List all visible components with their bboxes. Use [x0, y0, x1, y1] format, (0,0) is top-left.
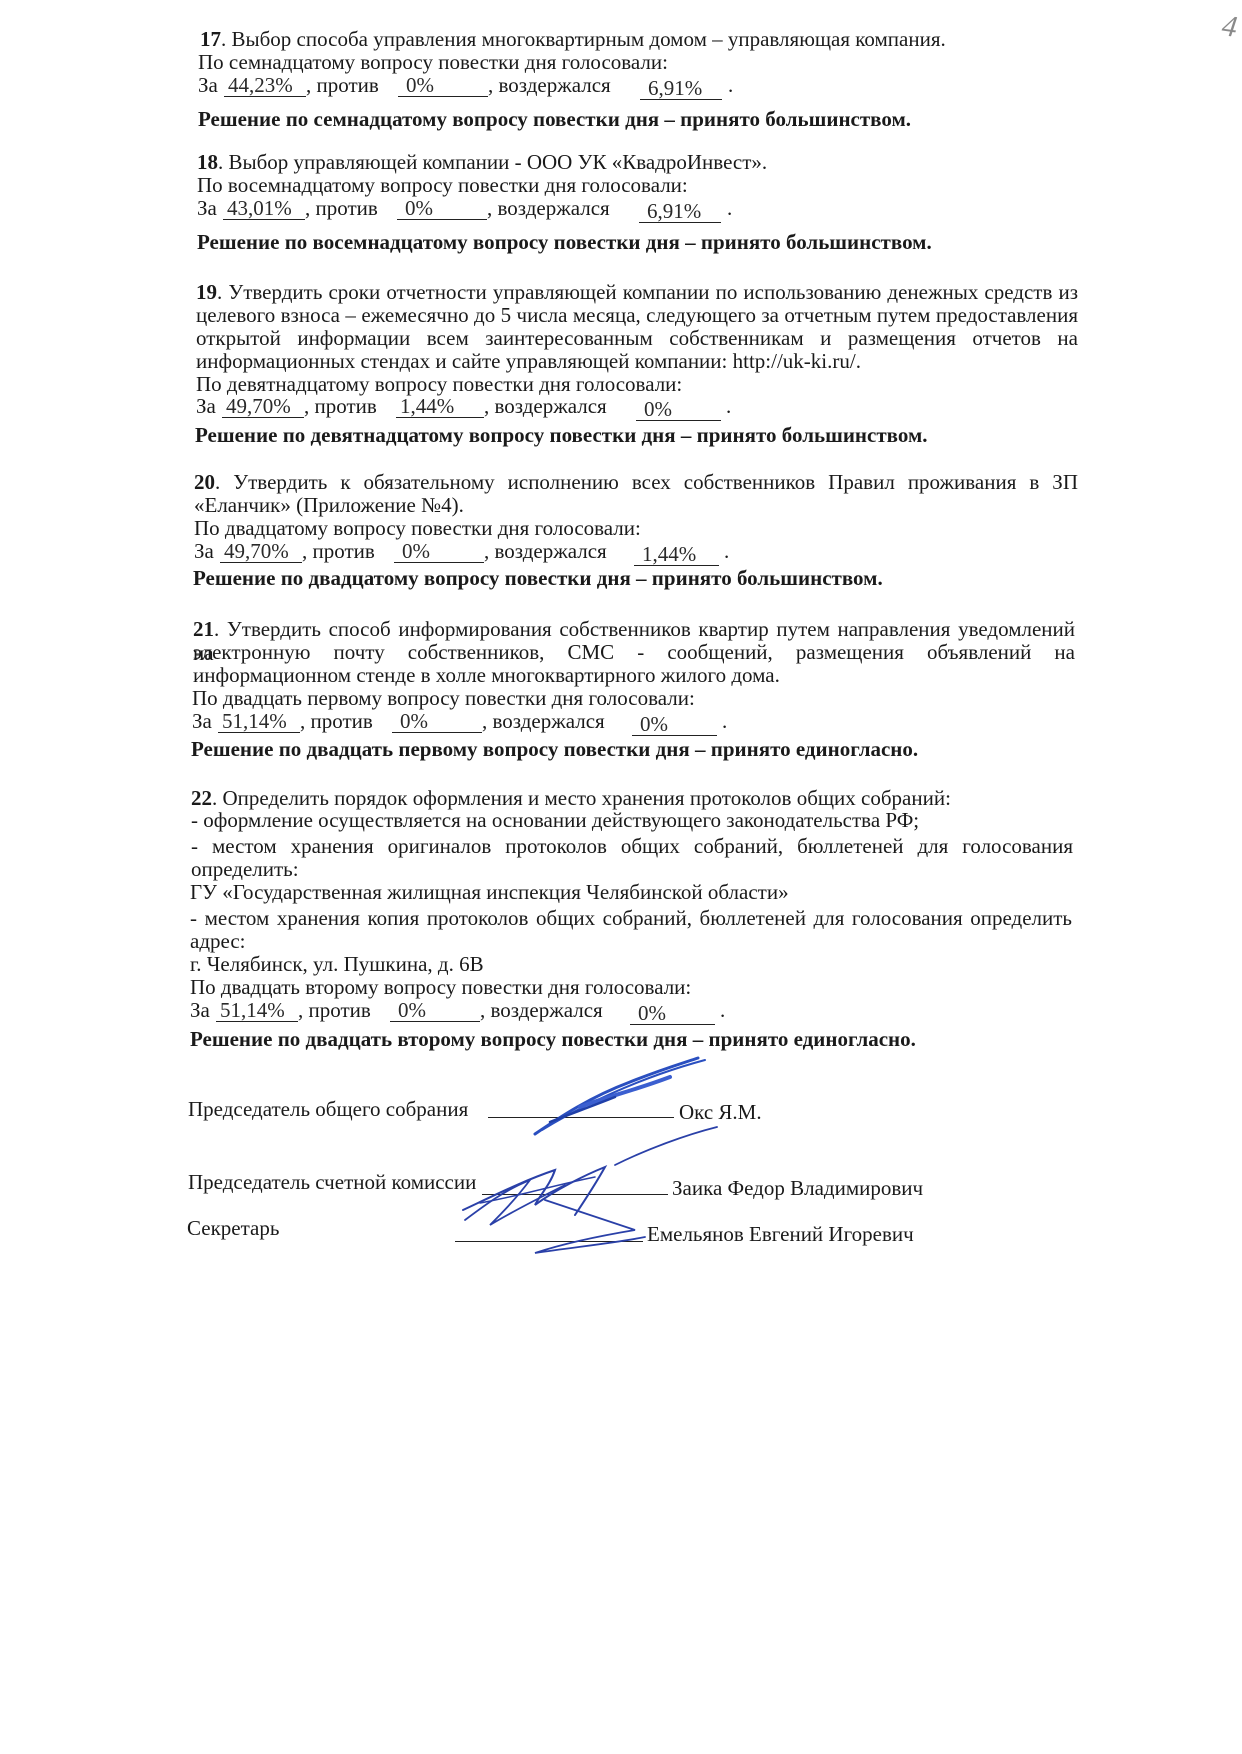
- decision: Решение по двадцать второму вопросу пове…: [190, 1027, 916, 1051]
- vote-abstain-value: 6,91%: [639, 199, 721, 223]
- decision: Решение по двадцатому вопросу повестки д…: [193, 566, 883, 590]
- question-title: 22. Определить порядок оформления и мест…: [191, 786, 951, 810]
- question-title-line: определить:: [191, 857, 299, 881]
- chairman-role: Председатель общего собрания: [188, 1097, 468, 1121]
- vote-for-value: 44,23%: [224, 73, 306, 97]
- vote-against-value: 0%: [392, 709, 482, 733]
- vote-results: За 49,70% , против 0% , воздержался 1,44…: [194, 539, 754, 565]
- question-title-line: информационных стендах и сайте управляющ…: [196, 349, 861, 373]
- voted-line: По семнадцатому вопросу повестки дня гол…: [198, 50, 668, 74]
- vote-against-value: 1,44%: [396, 394, 484, 418]
- vote-abstain-value: 0%: [636, 397, 721, 421]
- vote-results: За 51,14% , против 0% , воздержался 0% .: [192, 709, 752, 735]
- question-title: 17. Выбор способа управления многокварти…: [200, 27, 946, 51]
- question-title-line: целевого взноса – ежемесячно до 5 числа …: [196, 303, 1078, 327]
- voted-line: По двадцатому вопросу повестки дня голос…: [194, 516, 641, 540]
- decision: Решение по семнадцатому вопросу повестки…: [198, 107, 911, 131]
- vote-for-value: 43,01%: [223, 196, 305, 220]
- vote-against-value: 0%: [394, 539, 484, 563]
- question-title: 18. Выбор управляющей компании - ООО УК …: [197, 150, 767, 174]
- voted-line: По девятнадцатому вопросу повестки дня г…: [196, 372, 682, 396]
- vote-results: За 43,01% , против 0% , воздержался 6,91…: [197, 196, 757, 222]
- vote-results: За 51,14% , против 0% , воздержался 0% .: [190, 998, 750, 1024]
- handwritten-page-number: 4: [1220, 9, 1240, 45]
- address-line: г. Челябинск, ул. Пушкина, д. 6В: [190, 952, 484, 976]
- question-title: 19. Утвердить сроки отчетности управляющ…: [196, 280, 1078, 304]
- question-title-line: - местом хранения оригиналов протоколов …: [191, 834, 1073, 858]
- vote-abstain-value: 1,44%: [634, 542, 719, 566]
- question-title-line: «Еланчик» (Приложение №4).: [194, 493, 464, 517]
- counting-chair-role: Председатель счетной комиссии: [188, 1170, 476, 1194]
- question-title: 20. Утвердить к обязательному исполнению…: [194, 470, 1078, 494]
- question-title-line: ГУ «Государственная жилищная инспекция Ч…: [190, 880, 789, 904]
- question-title-line: открытой информации всем заинтересованны…: [196, 326, 1078, 350]
- vote-against-value: 0%: [398, 73, 488, 97]
- question-title-line: информационном стенде в холле многокварт…: [193, 663, 780, 687]
- question-title-line: - оформление осуществляется на основании…: [191, 808, 919, 832]
- vote-for-value: 51,14%: [216, 998, 298, 1022]
- counting-chair-signature-scribble: [455, 1125, 725, 1265]
- question-title-line: - местом хранения копия протоколов общих…: [190, 906, 1072, 930]
- vote-results: За 44,23% , против 0% , воздержался 6,91…: [198, 73, 758, 99]
- vote-for-value: 49,70%: [220, 539, 302, 563]
- vote-against-value: 0%: [390, 998, 480, 1022]
- vote-abstain-value: 0%: [632, 712, 717, 736]
- vote-for-value: 49,70%: [222, 394, 304, 418]
- vote-abstain-value: 6,91%: [640, 76, 722, 100]
- decision: Решение по девятнадцатому вопросу повест…: [195, 423, 928, 447]
- question-title-line: адрес:: [190, 929, 246, 953]
- vote-results: За 49,70% , против 1,44% , воздержался 0…: [196, 394, 756, 420]
- vote-against-value: 0%: [397, 196, 487, 220]
- voted-line: По двадцать второму вопросу повестки дня…: [190, 975, 691, 999]
- vote-for-value: 51,14%: [218, 709, 300, 733]
- voted-line: По восемнадцатому вопросу повестки дня г…: [197, 173, 688, 197]
- voted-line: По двадцать первому вопросу повестки дня…: [192, 686, 695, 710]
- decision: Решение по двадцать первому вопросу пове…: [191, 737, 918, 761]
- vote-abstain-value: 0%: [630, 1001, 715, 1025]
- decision: Решение по восемнадцатому вопросу повест…: [197, 230, 932, 254]
- question-title-line: электронную почту собственников, СМС - с…: [193, 640, 1075, 664]
- secretary-role: Секретарь: [187, 1216, 279, 1240]
